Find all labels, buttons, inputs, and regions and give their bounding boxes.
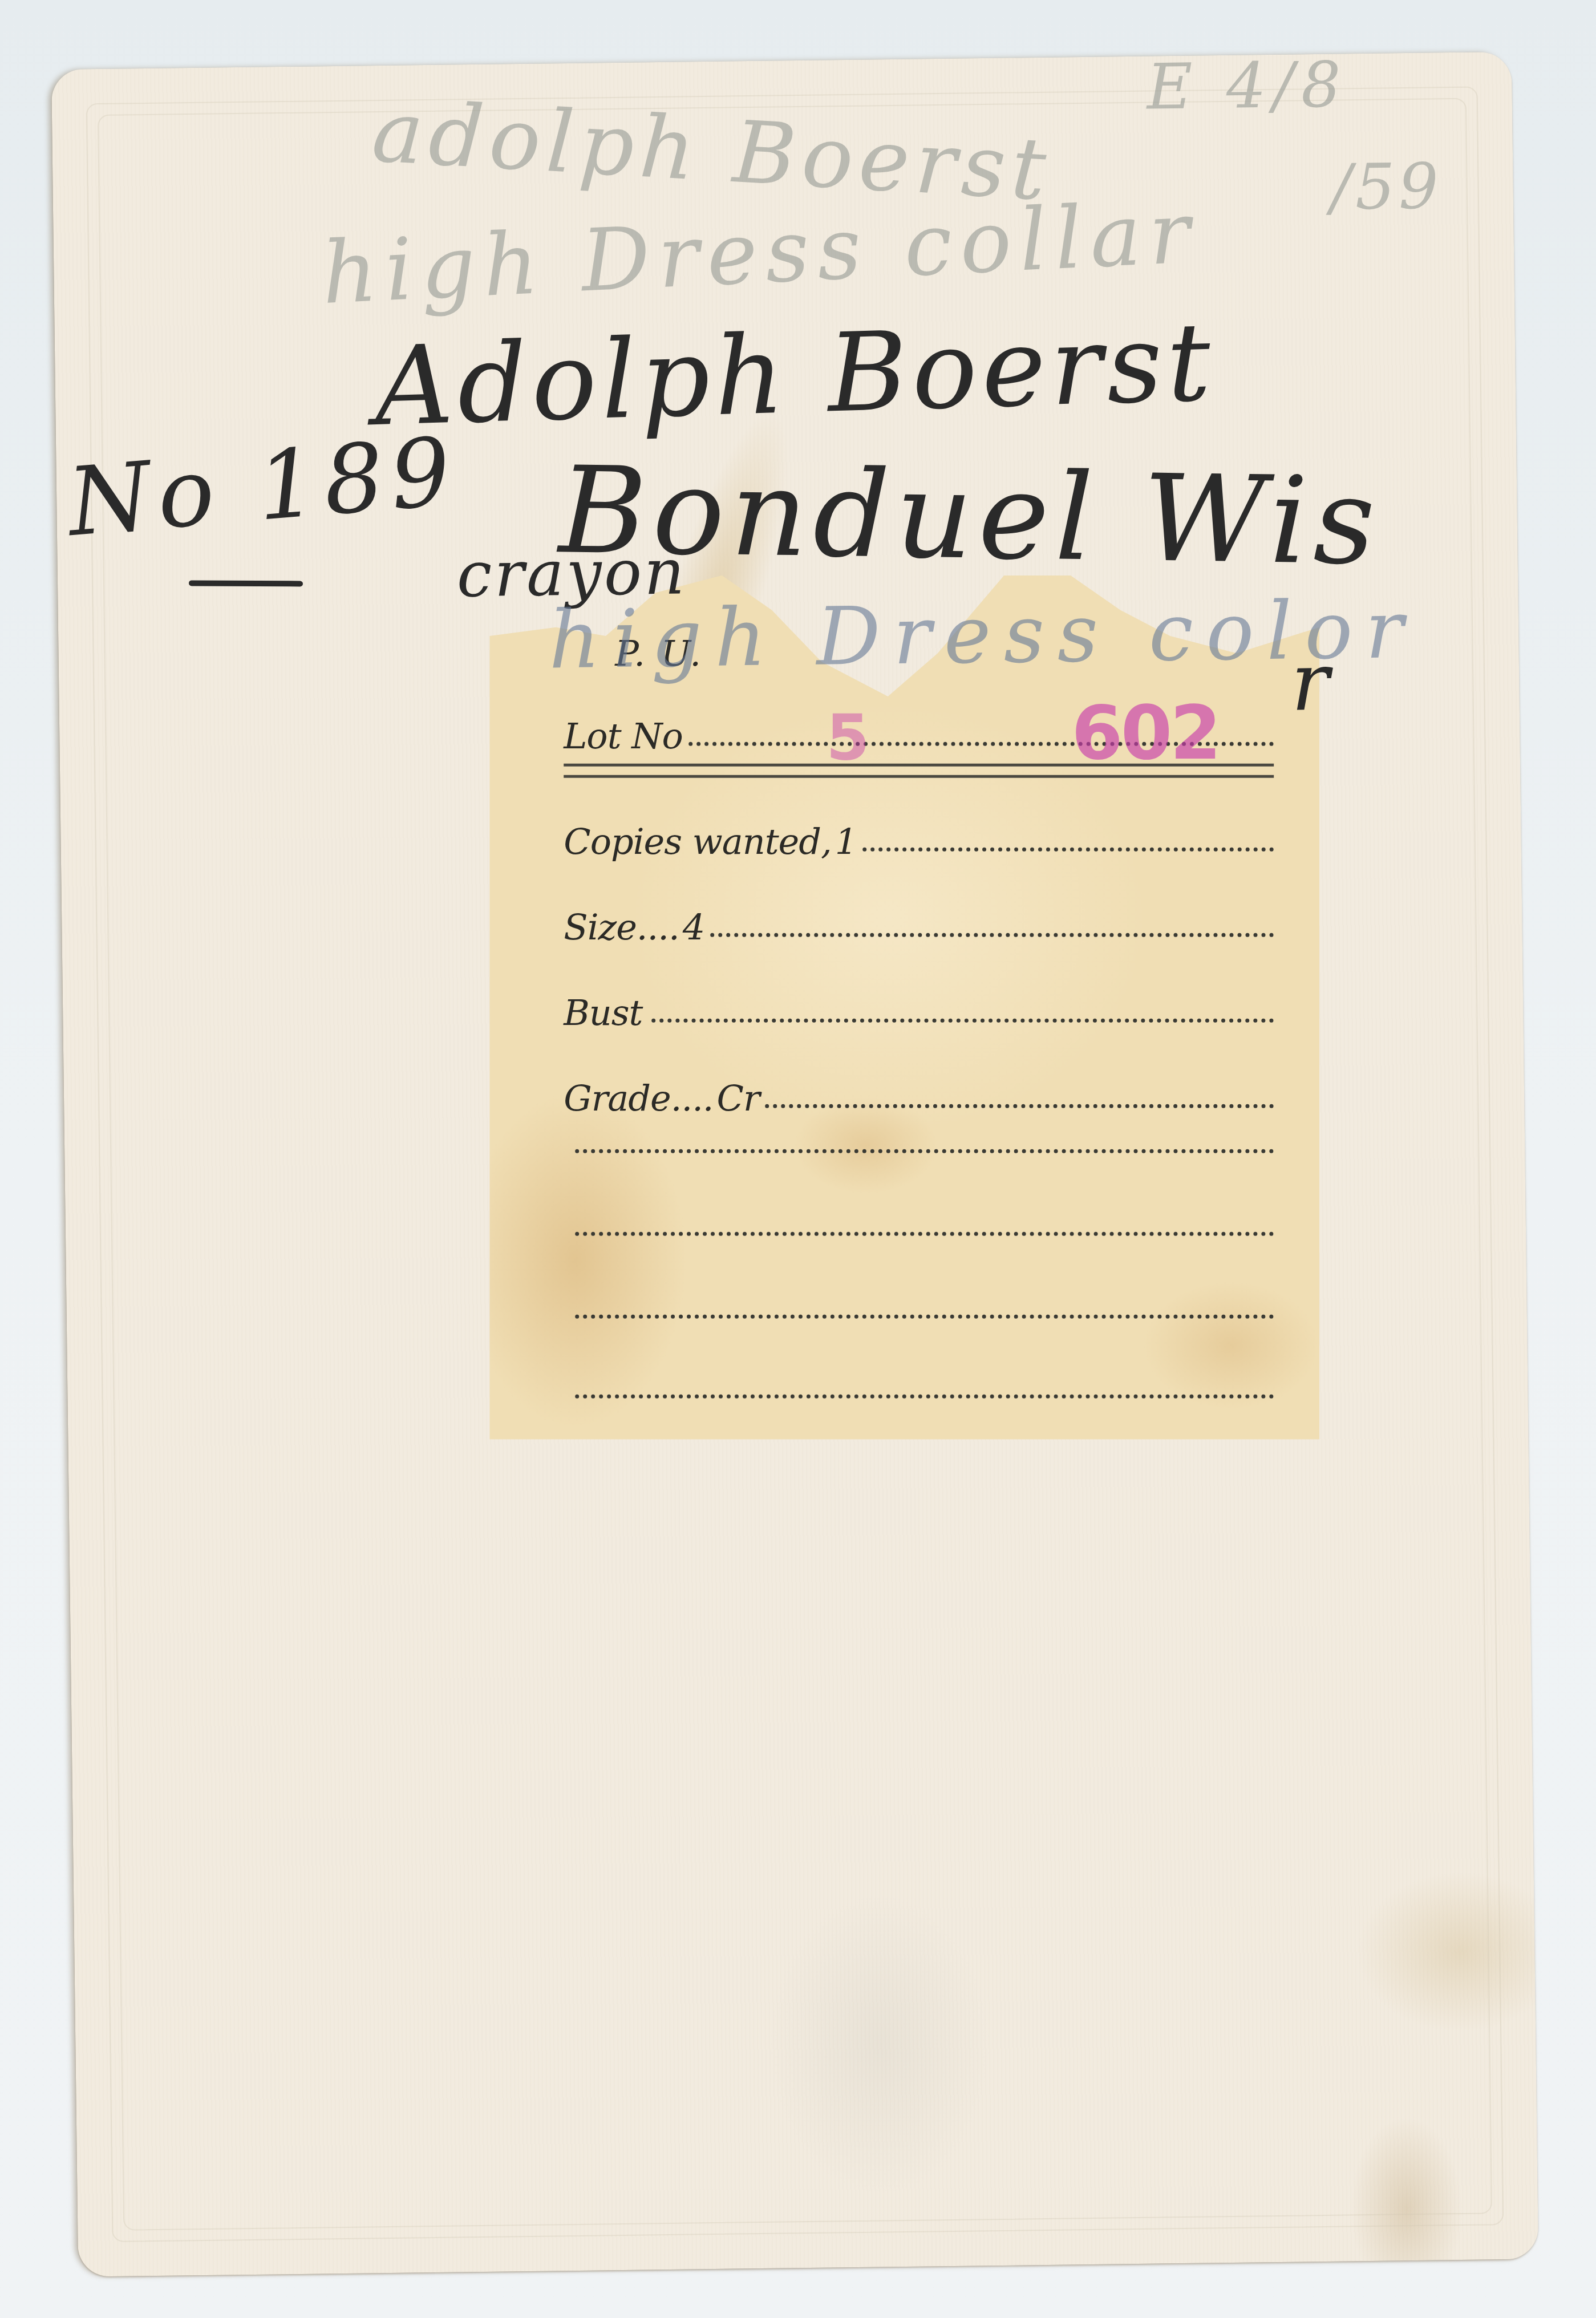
ink-overwrite-tail: r [1290,636,1330,730]
field-label-bust: Bust [564,992,642,1034]
cabinet-card-back: E 4/8 adolph Boerst /59 high Dress colla… [51,52,1538,2277]
field-label-copies: Copies wanted, [564,821,831,862]
field-value-size: 4 [683,906,704,948]
field-label-size: Size.... [564,906,679,948]
field-row-grade: Grade.... Cr [564,1077,1274,1119]
field-value-grade: Cr [717,1077,760,1119]
dotted-leader [575,1395,1274,1399]
blank-line-2 [569,1234,1274,1238]
dotted-leader [862,848,1274,852]
order-number-underline [189,580,303,586]
pencil-collar-note: high Dress collar [320,183,1200,323]
dotted-leader [575,1149,1274,1153]
dotted-leader [651,1019,1274,1023]
dotted-leader [575,1232,1274,1236]
field-row-copies: Copies wanted, 1 [564,821,1274,862]
blank-line-3 [569,1317,1274,1321]
ink-sitter-name: Adolph Boerst [373,299,1217,450]
field-value-copies: 1 [835,821,857,862]
field-label-grade: Grade.... [564,1077,713,1119]
blank-line-4 [569,1397,1274,1401]
pencil-label-overwrite: high Dress color [548,583,1416,687]
field-row-size: Size.... 4 [564,906,1274,948]
stamp-mark: 5 [826,701,870,774]
studio-order-label: P. U. Lot No 5 602 Copies wanted, 1 Size… [489,576,1319,1440]
dotted-leader [575,1315,1274,1319]
dotted-leader [710,933,1274,937]
dotted-leader [765,1104,1274,1108]
lot-number-stamp: 602 [1071,690,1219,776]
blank-line-1 [569,1152,1274,1156]
field-row-bust: Bust [564,992,1274,1034]
pencil-catalog-mark: E 4/8 [1147,48,1348,123]
ink-order-number: No 189 [64,416,461,557]
pencil-number-note: /59 [1330,149,1443,224]
lot-number-label: Lot No [564,715,683,757]
